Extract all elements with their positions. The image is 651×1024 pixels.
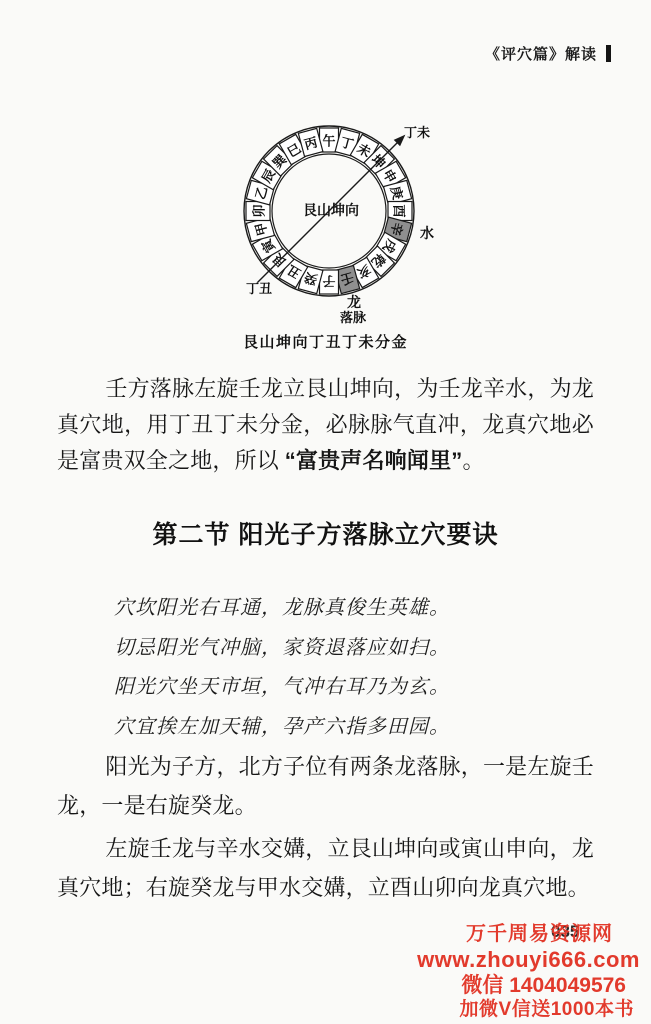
diagram-caption: 艮山坤向丁丑丁未分金 <box>0 331 651 352</box>
header-bar-icon <box>606 45 611 62</box>
paragraph-1: 壬方落脉左旋壬龙立艮山坤向，为壬龙辛水，为龙真穴地，用丁丑丁未分金，必脉脉气直冲… <box>57 371 594 479</box>
watermark-promo: 加微V信送1000本书 <box>417 998 634 1022</box>
paragraph-1-bold-quote: “富贵声名响闻里” <box>285 448 463 473</box>
verse-line-3: 阳光穴坐天市垣，气冲右耳乃为玄。 <box>114 668 450 708</box>
luomai-label: 落脉 <box>340 310 367 325</box>
water-label: 水 <box>420 225 434 241</box>
paragraph-1-period: 。 <box>463 448 485 473</box>
watermark-url: www.zhouyi666.com <box>417 946 640 973</box>
compass-mountain-label: 午 <box>322 134 335 149</box>
verse-line-2: 切忌阳光气冲脑，家资退落应如扫。 <box>114 629 450 669</box>
watermark-wechat: 微信 1404049576 <box>417 973 626 998</box>
section-title: 第二节 阳光子方落脉立穴要诀 <box>0 515 651 551</box>
verse-block: 穴坎阳光右耳通，龙脉真俊生英雄。 切忌阳光气冲脑，家资退落应如扫。 阳光穴坐天市… <box>114 589 450 747</box>
running-head-title: 《评穴篇》解读 <box>485 43 597 64</box>
watermark: 万千周易资源网 www.zhouyi666.com 微信 1404049576 … <box>417 923 640 1022</box>
center-facing-label: 艮山坤向 <box>303 202 359 218</box>
verse-line-1: 穴坎阳光右耳通，龙脉真俊生英雄。 <box>114 589 450 629</box>
verse-line-4: 穴宜挨左加天辅，孕产六指多田园。 <box>114 708 450 748</box>
arrow-tail-label: 丁丑 <box>246 281 272 296</box>
compass-diagram: 午丁未坤申庚酉辛戌乾亥壬子癸丑艮寅甲卯乙辰巽巳丙丁未丁丑水龙落脉艮山坤向 <box>210 103 460 327</box>
compass-mountain-label: 卯 <box>252 204 267 217</box>
compass-mountain-label: 酉 <box>392 204 407 217</box>
watermark-site-name: 万千周易资源网 <box>417 923 613 946</box>
book-page: 《评穴篇》解读 午丁未坤申庚酉辛戌乾亥壬子癸丑艮寅甲卯乙辰巽巳丙丁未丁丑水龙落脉… <box>0 0 651 1024</box>
arrow-head-label: 丁未 <box>404 125 430 140</box>
dragon-label: 龙 <box>347 294 361 310</box>
paragraph-3: 左旋壬龙与辛水交媾，立艮山坤向或寅山申向，龙真穴地；右旋癸龙与甲水交媾，立酉山卯… <box>57 829 594 907</box>
page-header: 《评穴篇》解读 <box>485 43 611 64</box>
compass-mountain-label: 子 <box>322 274 335 289</box>
paragraph-2: 阳光为子方，北方子位有两条龙落脉，一是左旋壬龙，一是右旋癸龙。 <box>57 747 594 825</box>
